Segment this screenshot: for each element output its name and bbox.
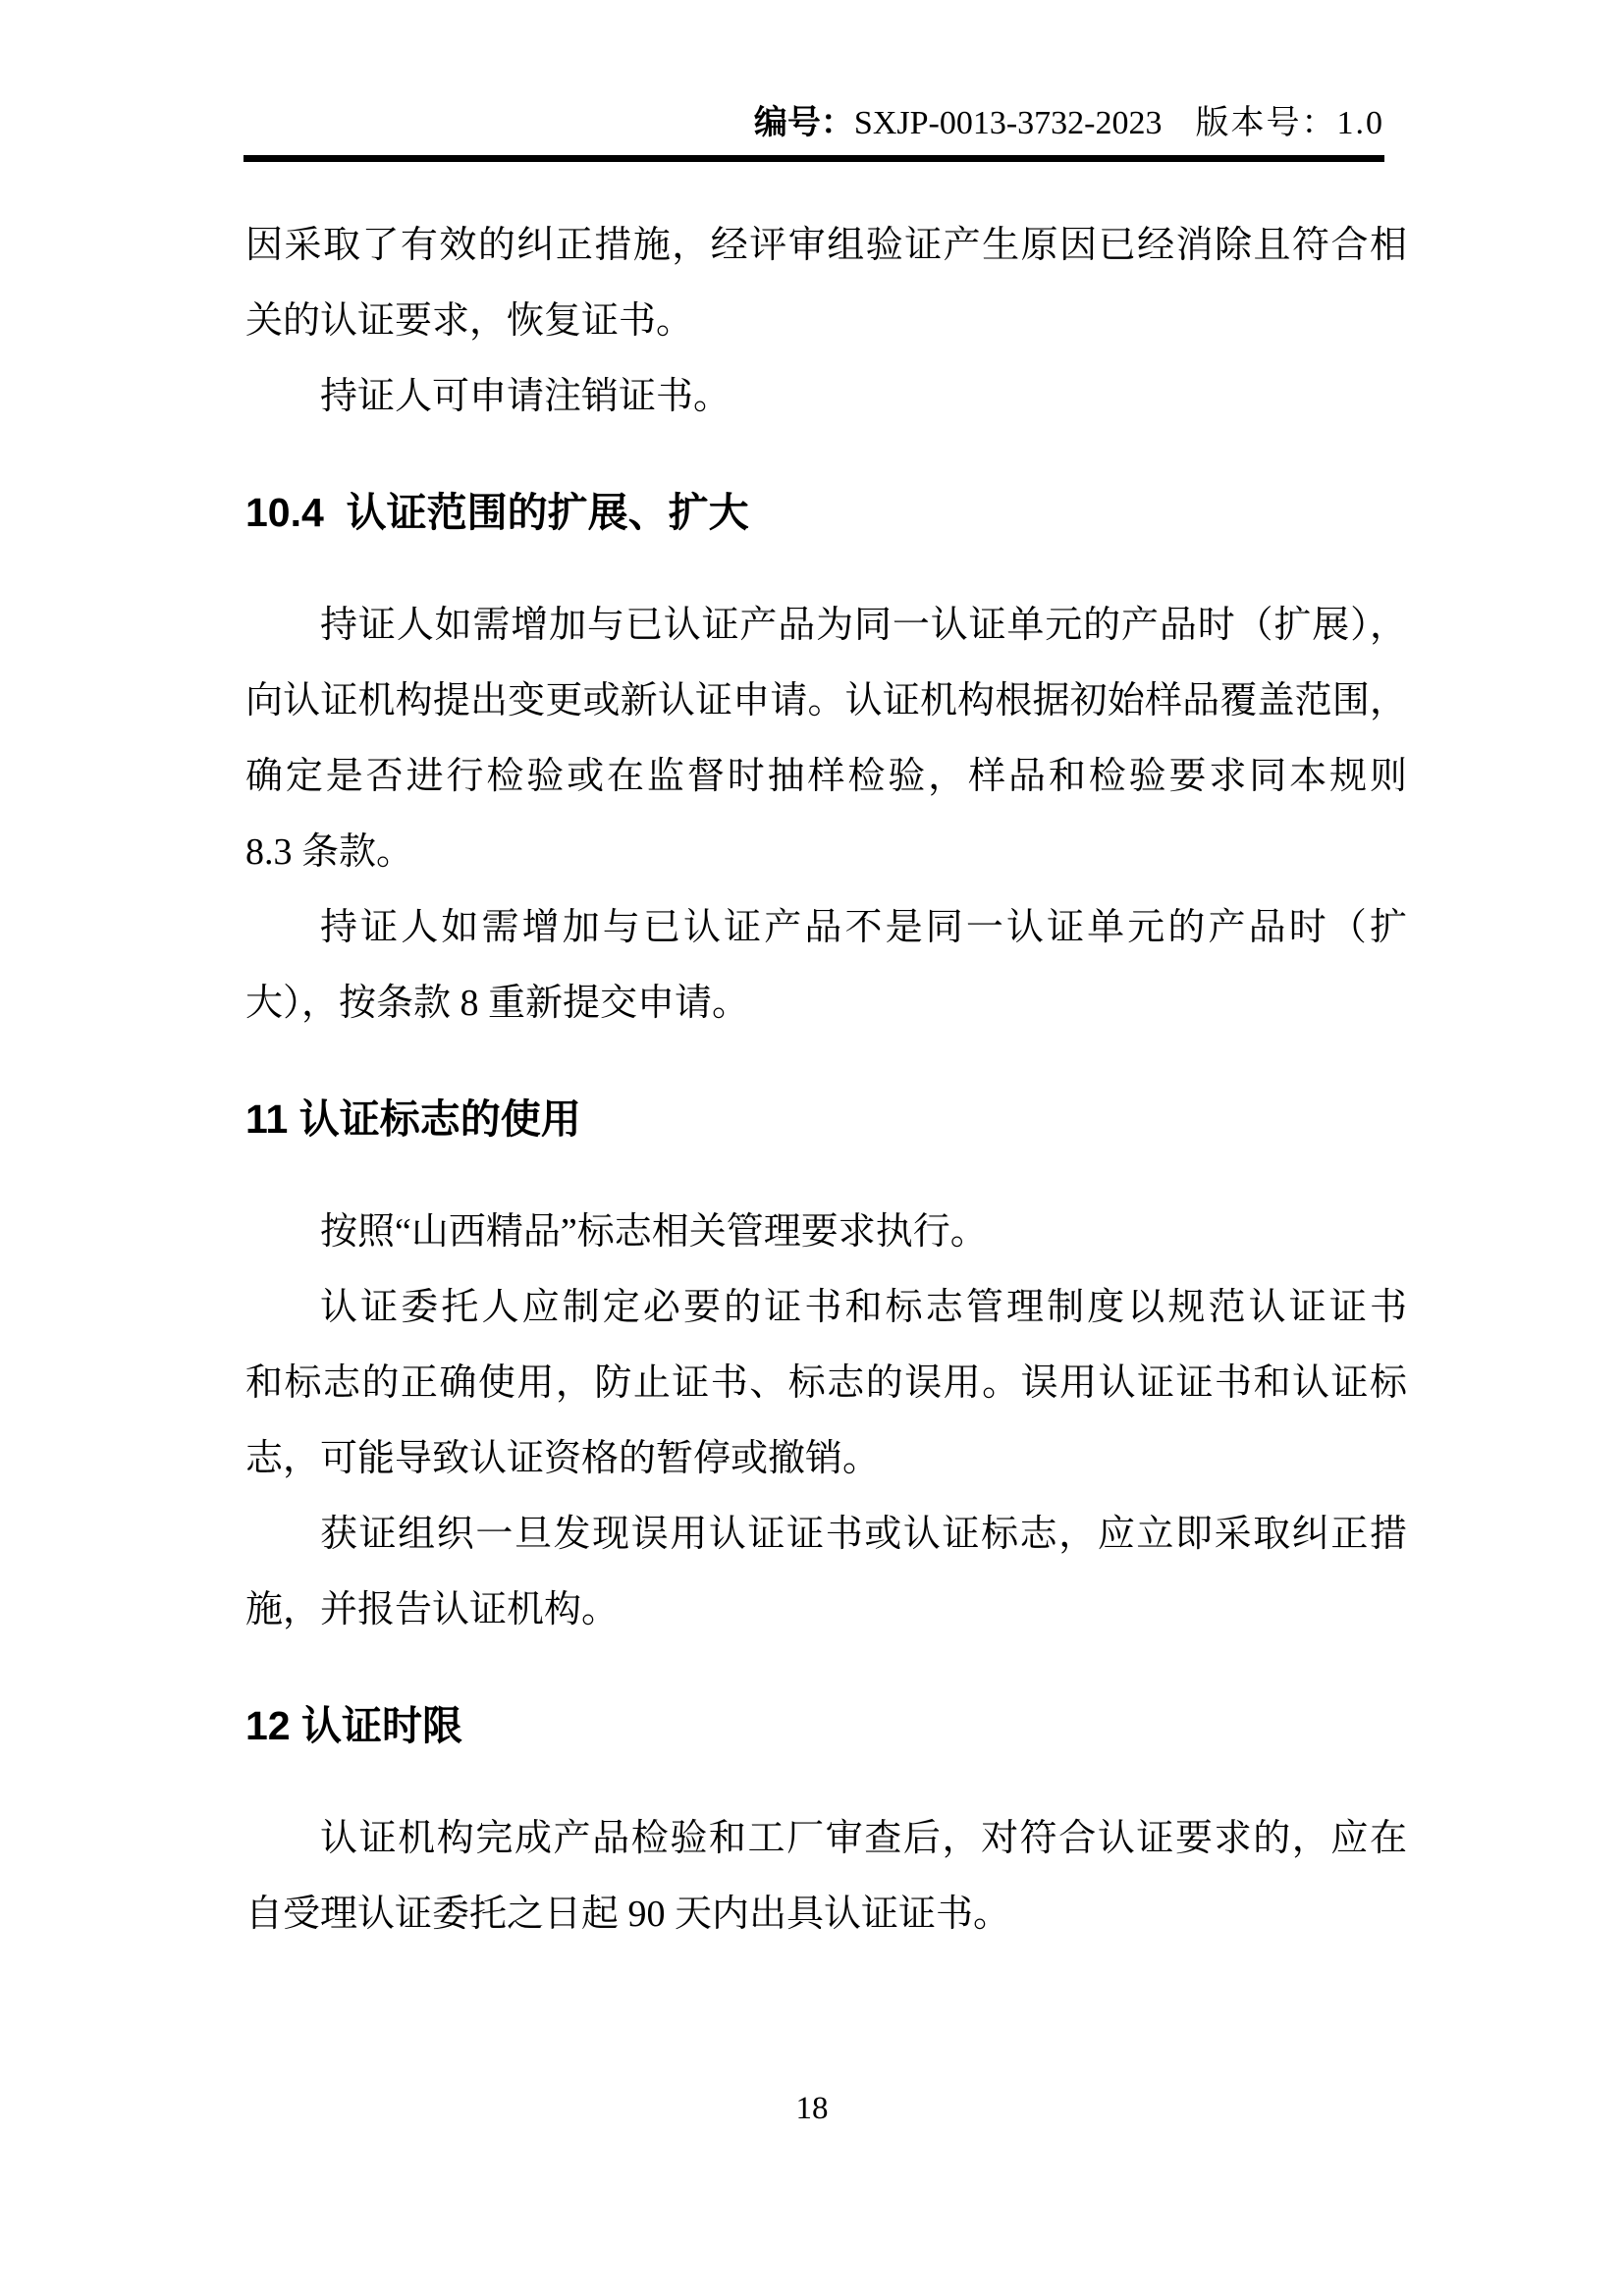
text-line: 持证人如需增加与已认证产品不是同一认证单元的产品时（扩	[245, 890, 1407, 966]
paragraph: 认证委托人应制定必要的证书和标志管理制度以规范认证证书和标志的正确使用，防止证书…	[245, 1270, 1407, 1497]
section-heading: 10.4 认证范围的扩展、扩大	[245, 484, 1407, 541]
doc-number-label: 编号：	[754, 105, 854, 141]
text-line: 持证人如需增加与已认证产品为同一认证单元的产品时（扩展），	[245, 588, 1407, 664]
document-page: 编号：SXJP-0013-3732-2023版本号：1.0 因采取了有效的纠正措…	[0, 0, 1624, 2296]
text-line: 关的认证要求，恢复证书。	[245, 284, 1407, 359]
text-line: 自受理认证委托之日起 90 天内出具认证证书。	[245, 1877, 1407, 1952]
document-body: 因采取了有效的纠正措施，经评审组验证产生原因已经消除且符合相关的认证要求，恢复证…	[245, 208, 1407, 1952]
section-heading: 12 认证时限	[245, 1697, 1407, 1754]
paragraph: 认证机构完成产品检验和工厂审查后，对符合认证要求的，应在自受理认证委托之日起 9…	[245, 1801, 1407, 1952]
page-header: 编号：SXJP-0013-3732-2023版本号：1.0	[244, 102, 1384, 145]
text-line: 施，并报告认证机构。	[245, 1573, 1407, 1648]
text-line: 8.3 条款。	[245, 815, 1407, 890]
section-heading: 11 认证标志的使用	[245, 1091, 1407, 1148]
page-number: 18	[796, 2091, 829, 2126]
text-line: 认证机构完成产品检验和工厂审查后，对符合认证要求的，应在	[245, 1801, 1407, 1877]
text-line: 确定是否进行检验或在监督时抽样检验，样品和检验要求同本规则	[245, 739, 1407, 815]
version-value: 1.0	[1337, 105, 1385, 141]
page-footer: 18	[0, 2089, 1624, 2128]
header-rule	[244, 155, 1384, 162]
doc-number-value: SXJP-0013-3732-2023	[854, 105, 1163, 141]
paragraph: 因采取了有效的纠正措施，经评审组验证产生原因已经消除且符合相关的认证要求，恢复证…	[245, 208, 1407, 359]
text-line: 持证人可申请注销证书。	[245, 359, 1407, 435]
version-label: 版本号：	[1196, 105, 1337, 141]
paragraph: 持证人如需增加与已认证产品不是同一认证单元的产品时（扩大），按条款 8 重新提交…	[245, 890, 1407, 1041]
text-line: 和标志的正确使用，防止证书、标志的误用。误用认证证书和认证标	[245, 1346, 1407, 1421]
paragraph: 按照“山西精品”标志相关管理要求执行。	[245, 1195, 1407, 1270]
paragraph: 获证组织一旦发现误用认证证书或认证标志，应立即采取纠正措施，并报告认证机构。	[245, 1497, 1407, 1648]
text-line: 志，可能导致认证资格的暂停或撤销。	[245, 1421, 1407, 1497]
text-line: 按照“山西精品”标志相关管理要求执行。	[245, 1195, 1407, 1270]
text-line: 认证委托人应制定必要的证书和标志管理制度以规范认证证书	[245, 1270, 1407, 1346]
text-line: 大），按条款 8 重新提交申请。	[245, 966, 1407, 1041]
text-line: 因采取了有效的纠正措施，经评审组验证产生原因已经消除且符合相	[245, 208, 1407, 284]
paragraph: 持证人可申请注销证书。	[245, 359, 1407, 435]
text-line: 向认证机构提出变更或新认证申请。认证机构根据初始样品覆盖范围，	[245, 664, 1407, 739]
paragraph: 持证人如需增加与已认证产品为同一认证单元的产品时（扩展），向认证机构提出变更或新…	[245, 588, 1407, 890]
text-line: 获证组织一旦发现误用认证证书或认证标志，应立即采取纠正措	[245, 1497, 1407, 1573]
